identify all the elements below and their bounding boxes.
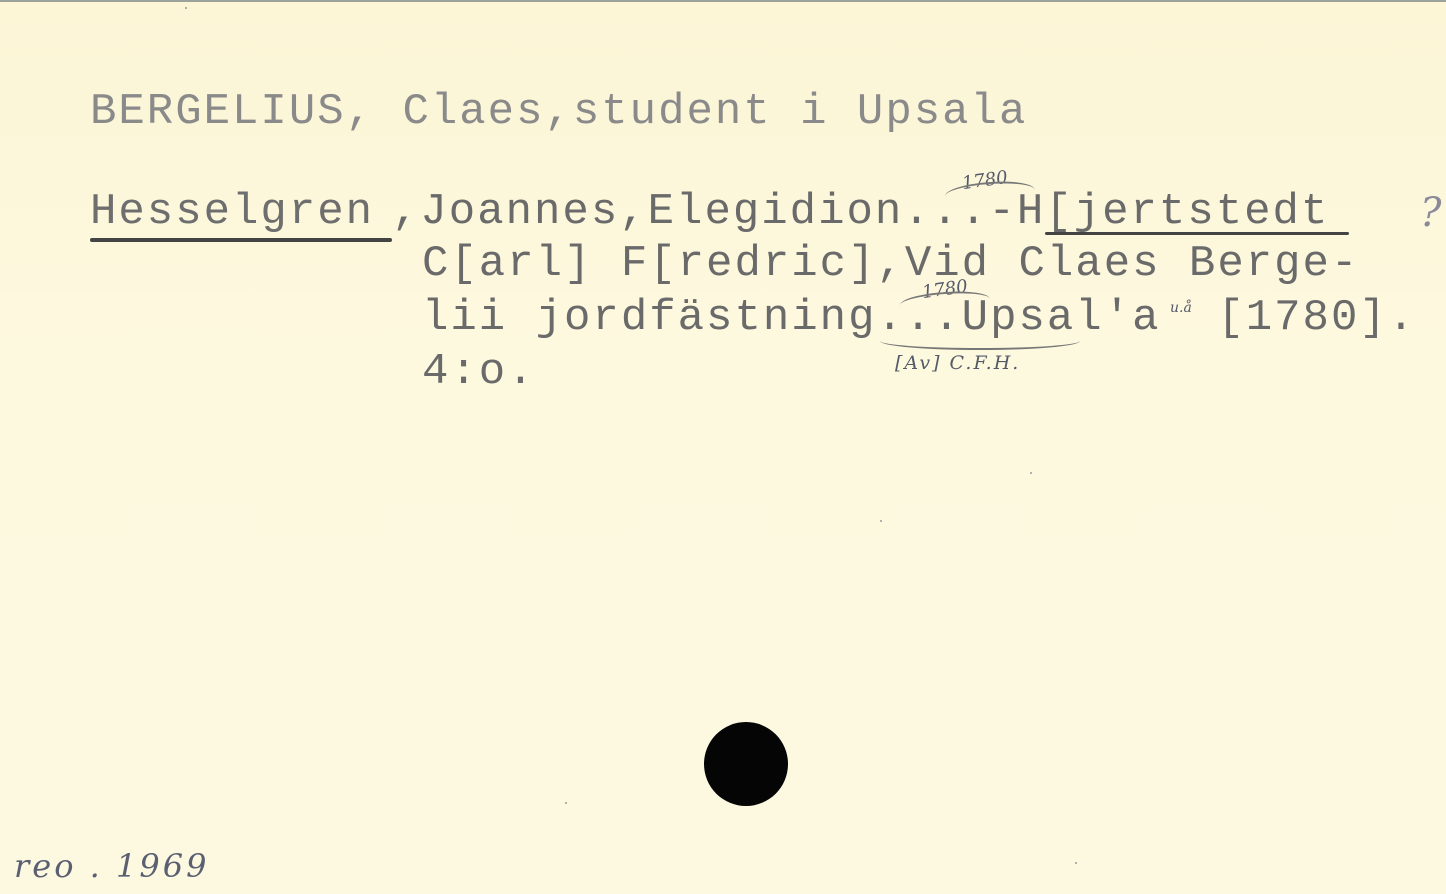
paper-speck bbox=[880, 520, 882, 522]
hjertstedt-underline bbox=[1045, 232, 1349, 235]
entry-author: Hesselgren bbox=[90, 190, 374, 234]
handwritten-attribution: [Av] C.F.H. bbox=[895, 352, 1020, 374]
attribution-brace bbox=[880, 332, 1080, 350]
paper-speck bbox=[1030, 472, 1032, 474]
paper-speck bbox=[185, 7, 187, 9]
catalog-card: BERGELIUS, Claes,student i Upsala Hessel… bbox=[0, 0, 1446, 894]
paper-speck bbox=[565, 802, 567, 804]
question-mark: ? bbox=[1420, 190, 1441, 236]
card-heading: BERGELIUS, Claes,student i Upsala bbox=[90, 90, 1027, 134]
author-underline bbox=[90, 238, 392, 242]
entry-line-2: C[arl] F[redric],Vid Claes Berge- bbox=[422, 242, 1359, 286]
handwritten-revision-note: reo . 1969 bbox=[14, 847, 209, 885]
entry-line-1: ,Joannes,Elegidion...-H[jertstedt bbox=[392, 190, 1329, 234]
punch-hole bbox=[704, 722, 788, 806]
entry-line-4: 4:o. bbox=[422, 350, 536, 394]
paper-speck bbox=[1075, 862, 1077, 864]
handwritten-ua-note: u.å bbox=[1170, 300, 1192, 316]
